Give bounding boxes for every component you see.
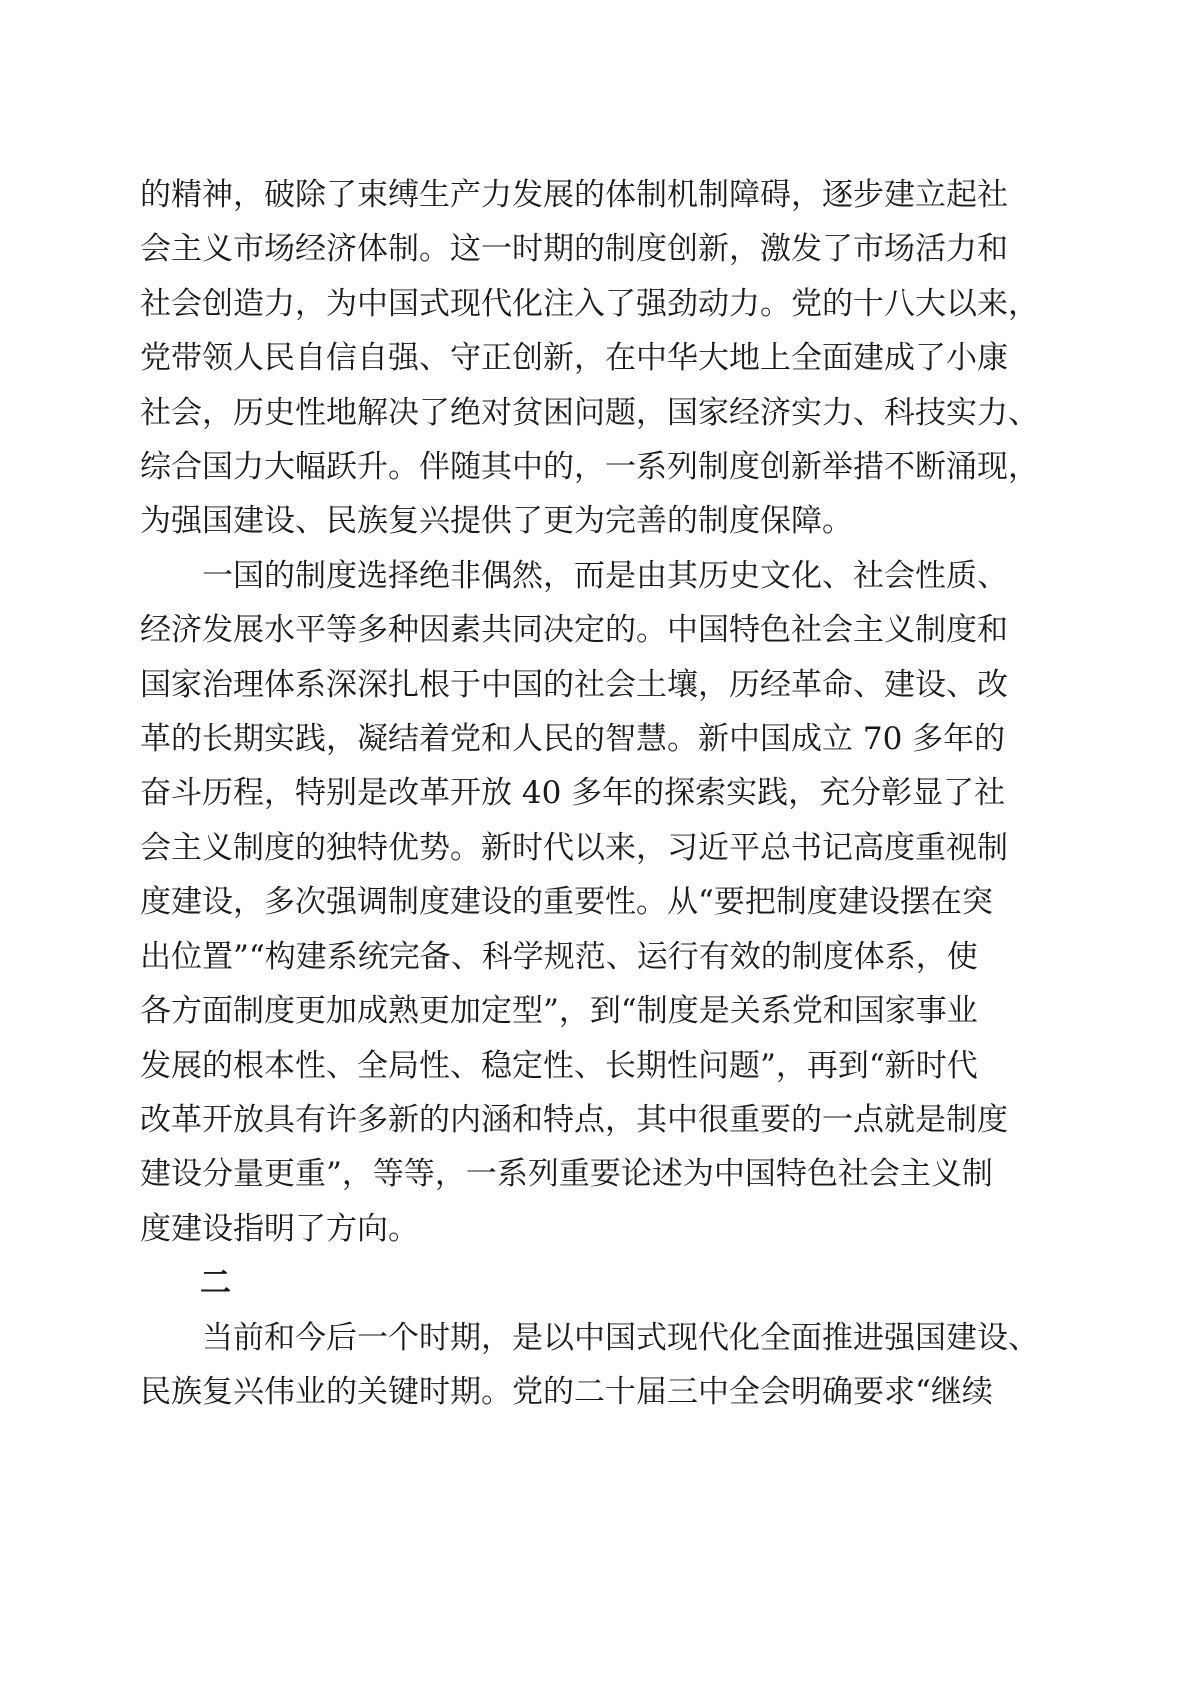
text-line: 综合国力大幅跃升。伴随其中的，一系列制度创新举措不断涌现， [140, 440, 970, 494]
text-line: 度建设指明了方向。 [140, 1202, 970, 1256]
text-line: 各方面制度更加成熟更加定型”，到“制度是关系党和国家事业 [140, 984, 970, 1038]
document-page: 的精神，破除了束缚生产力发展的体制机制障碍，逐步建立起社 会主义市场经济体制。这… [140, 168, 970, 1419]
text-line: 国家治理体系深深扎根于中国的社会土壤，历经革命、建设、改 [140, 658, 970, 712]
text-line: 发展的根本性、全局性、稳定性、长期性问题”，再到“新时代 [140, 1039, 970, 1093]
text-line: 经济发展水平等多种因素共同决定的。中国特色社会主义制度和 [140, 603, 970, 657]
paragraph-1: 的精神，破除了束缚生产力发展的体制机制障碍，逐步建立起社 会主义市场经济体制。这… [140, 168, 970, 549]
text-line: 会主义市场经济体制。这一时期的制度创新，激发了市场活力和 [140, 222, 970, 276]
text-line: 民族复兴伟业的关键时期。党的二十届三中全会明确要求“继续 [140, 1365, 970, 1419]
text-line: 建设分量更重”，等等，一系列重要论述为中国特色社会主义制 [140, 1147, 970, 1201]
text-line: 奋斗历程，特别是改革开放 40 多年的探索实践，充分彰显了社 [140, 766, 970, 820]
text-line: 革的长期实践，凝结着党和人民的智慧。新中国成立 70 多年的 [140, 712, 970, 766]
text-line: 出位置”“构建系统完备、科学规范、运行有效的制度体系，使 [140, 930, 970, 984]
text-line: 当前和今后一个时期，是以中国式现代化全面推进强国建设、 [140, 1311, 970, 1365]
text-line: 改革开放具有许多新的内涵和特点，其中很重要的一点就是制度 [140, 1093, 970, 1147]
text-line: 党带领人民自信自强、守正创新，在中华大地上全面建成了小康 [140, 331, 970, 385]
text-line: 一国的制度选择绝非偶然，而是由其历史文化、社会性质、 [140, 549, 970, 603]
paragraph-3: 当前和今后一个时期，是以中国式现代化全面推进强国建设、 民族复兴伟业的关键时期。… [140, 1311, 970, 1420]
text-line: 社会，历史性地解决了绝对贫困问题，国家经济实力、科技实力、 [140, 386, 970, 440]
text-line: 为强国建设、民族复兴提供了更为完善的制度保障。 [140, 494, 970, 548]
text-line: 度建设，多次强调制度建设的重要性。从“要把制度建设摆在突 [140, 875, 970, 929]
text-line: 社会创造力，为中国式现代化注入了强劲动力。党的十八大以来， [140, 277, 970, 331]
text-line: 的精神，破除了束缚生产力发展的体制机制障碍，逐步建立起社 [140, 168, 970, 222]
text-line: 会主义制度的独特优势。新时代以来，习近平总书记高度重视制 [140, 821, 970, 875]
section-heading: 二 [140, 1256, 970, 1310]
paragraph-2: 一国的制度选择绝非偶然，而是由其历史文化、社会性质、 经济发展水平等多种因素共同… [140, 549, 970, 1256]
